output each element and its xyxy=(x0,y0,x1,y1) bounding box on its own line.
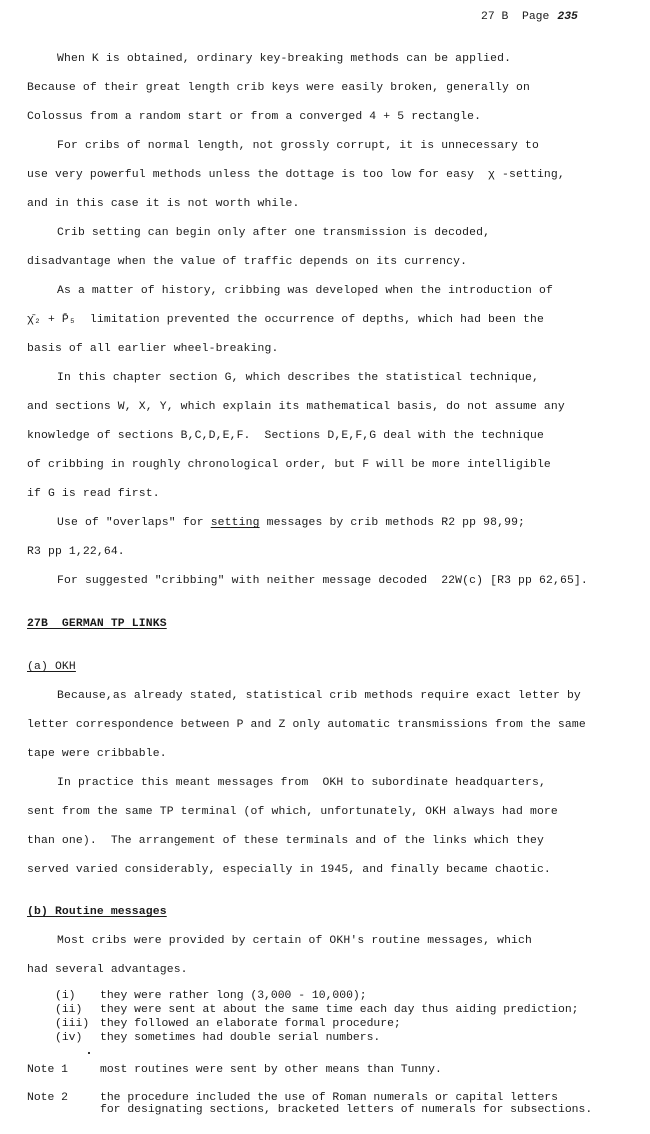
text-span: messages by crib methods R2 pp 98,99; xyxy=(260,517,525,529)
note: Note 1most routines were sent by other m… xyxy=(27,1064,442,1076)
subsection-heading: (a) OKH xyxy=(27,661,76,673)
text-line: basis of all earlier wheel-breaking. xyxy=(27,343,278,355)
text-line: had several advantages. xyxy=(27,964,188,976)
text-line: Most cribs were provided by certain of O… xyxy=(57,935,532,947)
list-number: (iii) xyxy=(55,1018,100,1030)
text-line: χ̄₂ + P̄₅ limitation prevented the occur… xyxy=(27,314,544,326)
text-line: letter correspondence between P and Z on… xyxy=(27,719,586,731)
text-line: and sections W, X, Y, which explain its … xyxy=(27,401,565,413)
list-item: (ii)they were sent at about the same tim… xyxy=(55,1004,579,1016)
section-heading: 27B GERMAN TP LINKS xyxy=(27,618,167,630)
stray-mark xyxy=(88,1052,90,1054)
page-header: 27 B Page235 xyxy=(481,11,578,23)
list-number: (i) xyxy=(55,990,100,1002)
text-line: R3 pp 1,22,64. xyxy=(27,546,125,558)
text-line: use very powerful methods unless the dot… xyxy=(27,169,565,181)
subsection-heading: (b) Routine messages xyxy=(27,906,167,918)
header-page-number: 235 xyxy=(557,11,578,23)
note-label: Note 2 xyxy=(27,1092,100,1104)
list-item: (iv)they sometimes had double serial num… xyxy=(55,1032,380,1044)
text-line: When K is obtained, ordinary key-breakin… xyxy=(57,53,511,65)
text-line: Because,as already stated, statistical c… xyxy=(57,690,581,702)
header-section: 27 B xyxy=(481,11,508,23)
text-line: As a matter of history, cribbing was dev… xyxy=(57,285,553,297)
text-line: For cribs of normal length, not grossly … xyxy=(57,140,539,152)
list-item: (i)they were rather long (3,000 - 10,000… xyxy=(55,990,367,1002)
list-item: (iii)they followed an elaborate formal p… xyxy=(55,1018,401,1030)
note-label: Note 1 xyxy=(27,1064,100,1076)
text-line: Crib setting can begin only after one tr… xyxy=(57,227,490,239)
note-text: the procedure included the use of Roman … xyxy=(100,1092,592,1116)
list-text: they were rather long (3,000 - 10,000); xyxy=(100,990,367,1002)
text-line: disadvantage when the value of traffic d… xyxy=(27,256,467,268)
list-text: they followed an elaborate formal proced… xyxy=(100,1018,401,1030)
note-line: for designating sections, bracketed lett… xyxy=(100,1104,592,1116)
list-number: (ii) xyxy=(55,1004,100,1016)
note: Note 2the procedure included the use of … xyxy=(27,1092,592,1116)
text-line: served varied considerably, especially i… xyxy=(27,864,551,876)
text-line: Because of their great length crib keys … xyxy=(27,82,530,94)
text-span: Use of "overlaps" for xyxy=(57,517,211,529)
text-line: In practice this meant messages from OKH… xyxy=(57,777,546,789)
text-line: For suggested "cribbing" with neither me… xyxy=(57,575,588,587)
text-line: Use of "overlaps" for setting messages b… xyxy=(57,517,525,529)
text-line: of cribbing in roughly chronological ord… xyxy=(27,459,551,471)
note-text: most routines were sent by other means t… xyxy=(100,1064,442,1076)
list-text: they were sent at about the same time ea… xyxy=(100,1004,579,1016)
text-line: and in this case it is not worth while. xyxy=(27,198,299,210)
text-line: tape were cribbable. xyxy=(27,748,167,760)
list-text: they sometimes had double serial numbers… xyxy=(100,1032,380,1044)
text-line: if G is read first. xyxy=(27,488,160,500)
text-line: sent from the same TP terminal (of which… xyxy=(27,806,558,818)
text-line: In this chapter section G, which describ… xyxy=(57,372,539,384)
list-number: (iv) xyxy=(55,1032,100,1044)
text-line: Colossus from a random start or from a c… xyxy=(27,111,481,123)
note-line: the procedure included the use of Roman … xyxy=(100,1092,558,1104)
text-line: than one). The arrangement of these term… xyxy=(27,835,544,847)
text-line: knowledge of sections B,C,D,E,F. Section… xyxy=(27,430,544,442)
header-page-label: Page xyxy=(522,11,549,23)
underlined-word: setting xyxy=(211,517,260,529)
